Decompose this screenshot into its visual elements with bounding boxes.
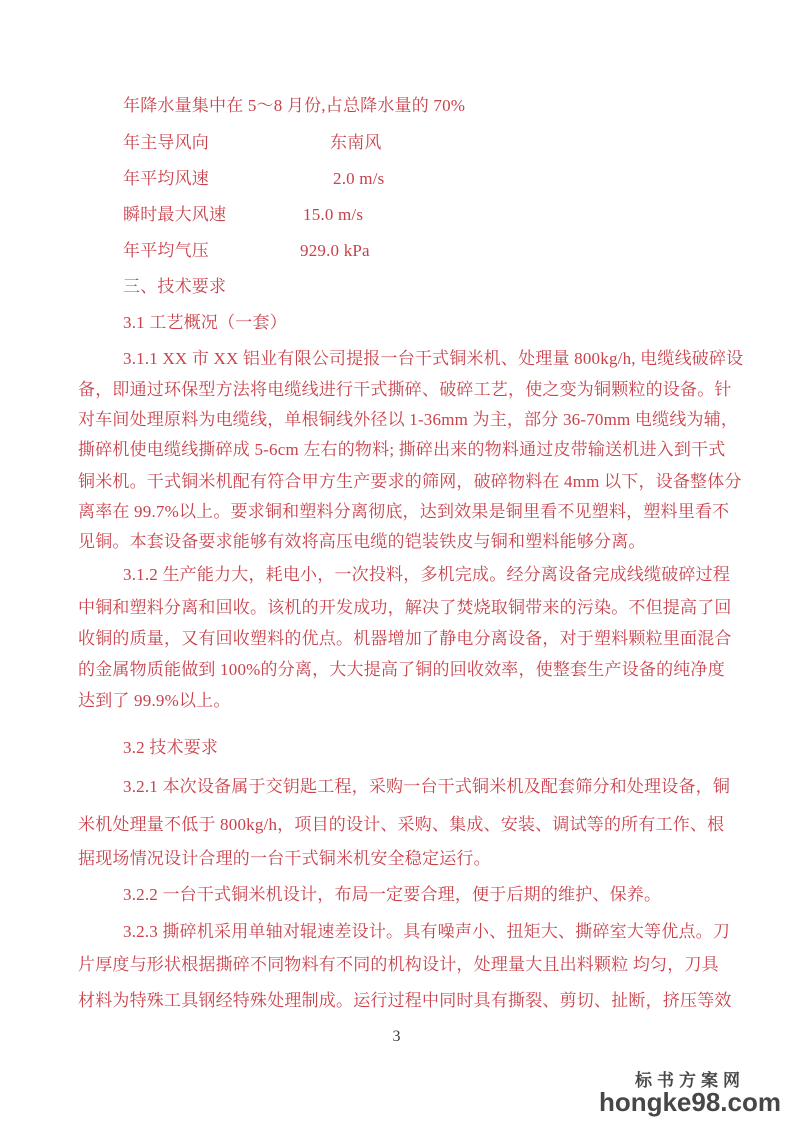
weather-value: 15.0 m/s xyxy=(303,205,363,225)
body-line: 材料为特殊工具钢经特殊处理制成。运行过程中同时具有撕裂、剪切、扯断，挤压等效 xyxy=(78,991,732,1011)
weather-label: 年平均气压 xyxy=(123,241,209,261)
body-line: 3.2.1 本次设备属于交钥匙工程，采购一台干式铜米机及配套筛分和处理设备，铜 xyxy=(78,777,730,797)
weather-value: 东南风 xyxy=(330,133,382,153)
body-line: 3.1.2 生产能力大，耗电小，一次投料，多机完成。经分离设备完成线缆破碎过程 xyxy=(78,565,730,585)
watermark-site-domain: hongke98.com xyxy=(599,1090,781,1114)
weather-label: 年主导风向 xyxy=(123,133,209,153)
weather-label: 瞬时最大风速 xyxy=(123,205,226,225)
body-line: 3.2.3 撕碎机采用单轴对辊速差设计。具有噪声小、扭矩大、撕碎室大等优点。刀 xyxy=(78,922,730,942)
body-line: 中铜和塑料分离和回收。该机的开发成功，解决了焚烧取铜带来的污染。不但提高了回 xyxy=(78,598,732,618)
body-line: 据现场情况设计合理的一台干式铜米机安全稳定运行。 xyxy=(78,849,491,869)
body-line: 收铜的质量，又有回收塑料的优点。机器增加了静电分离设备，对于塑料颗粒里面混合 xyxy=(78,629,732,649)
body-line: 离率在 99.7%以上。要求铜和塑料分离彻底，达到效果是铜里看不见塑料，塑料里看… xyxy=(78,502,729,522)
rainfall-summary-line: 年降水量集中在 5～8 月份,占总降水量的 70% xyxy=(78,96,465,116)
body-line: 的金属物质能做到 100%的分离，大大提高了铜的回收效率，使整套生产设备的纯净度 xyxy=(78,660,725,680)
body-line: 撕碎机使电缆线撕碎成 5-6cm 左右的物料; 撕碎出来的物料通过皮带输送机进入… xyxy=(78,440,726,460)
subsection-heading-3-1: 3.1 工艺概况（一套） xyxy=(78,313,287,333)
body-line: 片厚度与形状根据撕碎不同物料有不同的机构设计，处理量大且出料颗粒 均匀，刀具 xyxy=(78,955,719,975)
document-text-block: 年降水量集中在 5～8 月份,占总降水量的 70% 年主导风向 东南风 年平均风… xyxy=(78,0,738,1122)
body-line: 铜米机。干式铜米机配有符合甲方生产要求的筛网，破碎物料在 4mm 以下，设备整体… xyxy=(78,472,742,492)
page-number: 3 xyxy=(0,1028,793,1046)
weather-value: 2.0 m/s xyxy=(333,169,384,189)
body-line: 备，即通过环保型方法将电缆线进行干式撕碎、破碎工艺，使之变为铜颗粒的设备。针 xyxy=(78,380,732,400)
section-heading-3: 三、技术要求 xyxy=(78,277,226,297)
subsection-heading-3-2: 3.2 技术要求 xyxy=(78,738,218,758)
watermark: 标书方案网 hongke98.com xyxy=(599,1071,781,1114)
weather-value: 929.0 kPa xyxy=(300,241,370,261)
document-page: 年降水量集中在 5～8 月份,占总降水量的 70% 年主导风向 东南风 年平均风… xyxy=(0,0,793,1122)
body-line: 3.2.2 一台干式铜米机设计，布局一定要合理，便于后期的维护、保养。 xyxy=(78,885,661,905)
body-line: 对车间处理原料为电缆线，单根铜线外径以 1-36mm 为主，部分 36-70mm… xyxy=(78,410,738,430)
body-line: 见铜。本套设备要求能够有效将高压电缆的铠装铁皮与铜和塑料能够分离。 xyxy=(78,532,646,552)
body-line: 达到了 99.9%以上。 xyxy=(78,691,231,711)
weather-label: 年平均风速 xyxy=(123,169,209,189)
body-line: 米机处理量不低于 800kg/h，项目的设计、采购、集成、安装、调试等的所有工作… xyxy=(78,815,724,835)
body-line: 3.1.1 XX 市 XX 铝业有限公司提报一台干式铜米机、处理量 800kg/… xyxy=(78,349,743,369)
